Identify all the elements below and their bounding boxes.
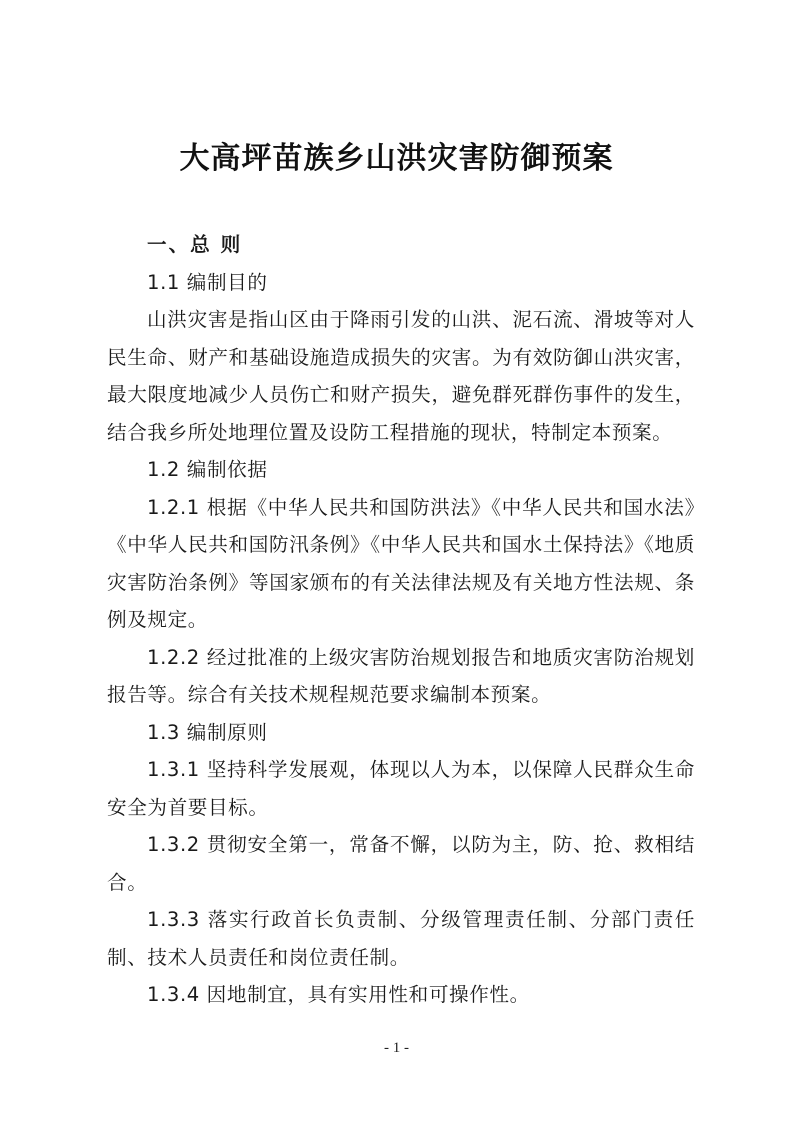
paragraph-purpose: 山洪灾害是指山区由于降雨引发的山洪、泥石流、滑坡等对人民生命、财产和基础设施造成… — [107, 301, 695, 451]
paragraph-principle-3: 1.3.3 落实行政首长负责制、分级管理责任制、分部门责任制、技术人员责任和岗位… — [107, 901, 695, 976]
paragraph-principle-4: 1.3.4 因地制宜，具有实用性和可操作性。 — [107, 976, 695, 1014]
document-page: 大高坪苗族乡山洪灾害防御预案 一、总 则 1.1 编制目的 山洪灾害是指山区由于… — [0, 0, 793, 1122]
paragraph-basis-1: 1.2.1 根据《中华人民共和国防洪法》《中华人民共和国水法》《中华人民共和国防… — [107, 489, 695, 639]
paragraph-principle-2: 1.3.2 贯彻安全第一，常备不懈，以防为主，防、抢、救相结合。 — [107, 826, 695, 901]
section-heading-general: 一、总 则 — [107, 226, 695, 264]
paragraph-principle-1: 1.3.1 坚持科学发展观，体现以人为本，以保障人民群众生命安全为首要目标。 — [107, 751, 695, 826]
document-body: 一、总 则 1.1 编制目的 山洪灾害是指山区由于降雨引发的山洪、泥石流、滑坡等… — [107, 226, 695, 1014]
subheading-basis: 1.2 编制依据 — [107, 451, 695, 489]
document-title: 大高坪苗族乡山洪灾害防御预案 — [0, 139, 793, 179]
page-number: - 1 - — [0, 1040, 793, 1057]
paragraph-basis-2: 1.2.2 经过批准的上级灾害防治规划报告和地质灾害防治规划报告等。综合有关技术… — [107, 639, 695, 714]
subheading-principles: 1.3 编制原则 — [107, 714, 695, 752]
subheading-purpose: 1.1 编制目的 — [107, 264, 695, 302]
